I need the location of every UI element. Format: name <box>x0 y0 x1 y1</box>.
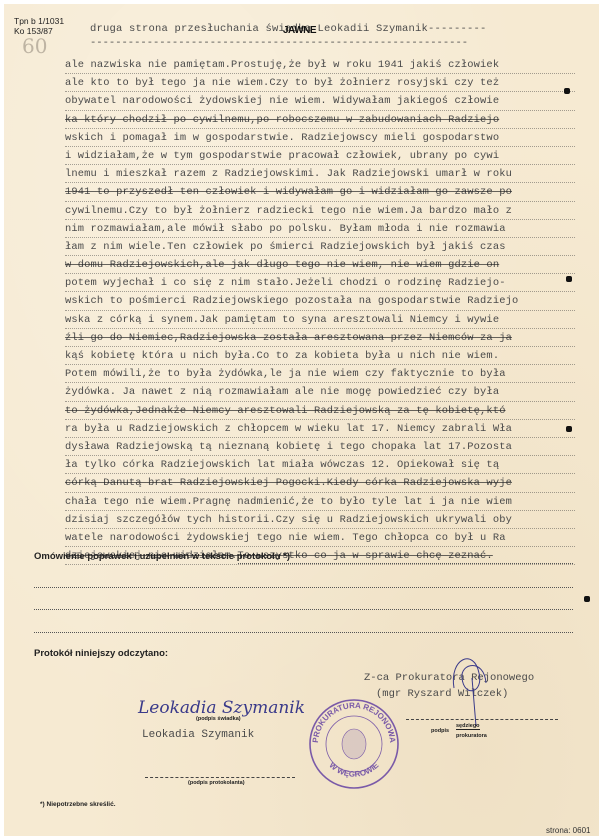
testimony-line: żydówka. Ja nawet z nią rozmawiałam ale … <box>65 383 575 401</box>
prosecutor-signature-scribble <box>444 648 494 728</box>
testimony-line: nim rozmawiałam,ale mówił słabo po polsk… <box>65 220 575 238</box>
prosecutor-signature-line <box>406 719 558 720</box>
read-aloud-label: Protokół niniejszy odczytano: <box>34 648 168 659</box>
testimony-body: ale nazwiska nie pamiętam.Prostuję,że by… <box>65 56 575 565</box>
punch-mark <box>566 426 572 432</box>
testimony-line: Potem mówili,że to była żydówka,le ja ni… <box>65 365 575 383</box>
sign-caption-left: podpis <box>431 728 449 734</box>
testimony-line: ale kto to był tego ja nie wiem.Czy to b… <box>65 74 575 92</box>
classification-stamp: JAWNE <box>283 25 316 36</box>
corrections-line-1 <box>238 563 573 564</box>
punch-mark <box>584 596 590 602</box>
witness-signature-caption: (podpis świadka) <box>196 716 241 722</box>
testimony-line: wska z córką i synem.Jak pamiętam to syn… <box>65 311 575 329</box>
testimony-line: cywilnemu.Czy to był żołnierz radziecki … <box>65 202 575 220</box>
punch-mark <box>564 88 570 94</box>
testimony-line: w domu Radziejowskich,ale jak długo tego… <box>65 256 575 274</box>
official-stamp: PROKURATURA REJONOWA W WĘGROWIE <box>306 692 402 792</box>
reference-line-1: Tpn b 1/1031 <box>14 16 64 26</box>
header-underline: ----------------------------------------… <box>90 37 540 49</box>
sign-caption-prosecutor: prokuratora <box>456 733 487 739</box>
footnote: *) Niepotrzebne skreślić. <box>40 801 116 808</box>
corrections-label: Omówienie poprawek i uzupełnień w tekści… <box>34 551 290 562</box>
recorder-signature-line <box>145 777 295 778</box>
testimony-line: źli go do Niemiec,Radziejowska została a… <box>65 329 575 347</box>
testimony-line: potem wyjechał i co się z nim stało.Jeże… <box>65 274 575 292</box>
testimony-line: ale nazwiska nie pamiętam.Prostuję,że by… <box>65 56 575 74</box>
testimony-line: 1941 to przyszedł ten człowiek i widywał… <box>65 183 575 201</box>
testimony-line: kąś kobietę która u nich była.Co to za k… <box>65 347 575 365</box>
sign-caption-judge: sędziego <box>456 723 480 730</box>
testimony-line: i widziałam,że w tym gospodarstwie praco… <box>65 147 575 165</box>
testimony-line: dysława Radziejowską tą nieznaną kobietę… <box>65 438 575 456</box>
recorder-caption: (podpis protokolanta) <box>188 780 245 786</box>
testimony-line: córką Danutą brat Radziejowskiej Pogocki… <box>65 474 575 492</box>
testimony-line: to żydówka,Jednakże Niemcy aresztowali R… <box>65 402 575 420</box>
corrections-line-3 <box>34 609 573 610</box>
testimony-line: dzisiaj szczegółów tych historii.Czy się… <box>65 511 575 529</box>
witness-signature: Leokadia Szymanik <box>138 698 305 718</box>
witness-typed-name: Leokadia Szymanik <box>142 729 254 741</box>
testimony-line: lnemu i mieszkał razem z Radziejowskimi.… <box>65 165 575 183</box>
svg-text:W WĘGROWIE: W WĘGROWIE <box>327 760 380 779</box>
testimony-line: wskich to pośmierci Radziejowskiego pozo… <box>65 292 575 310</box>
document-page: Tpn b 1/1031 Ko 153/87 60 druga strona p… <box>4 4 599 836</box>
handwritten-margin-mark: 60 <box>22 34 47 58</box>
punch-mark <box>566 276 572 282</box>
corrections-line-4 <box>34 632 573 633</box>
corrections-line-2 <box>34 587 573 588</box>
testimony-line: ra była u Radziejowskich z chłopcem w wi… <box>65 420 575 438</box>
testimony-line: chała tego nie wiem.Pragnę nadmienić,że … <box>65 493 575 511</box>
testimony-line: ka który chodził po cywilnemu,po robocsz… <box>65 111 575 129</box>
testimony-line: wskich i pomagał im w gospodarstwie. Rad… <box>65 129 575 147</box>
reference-numbers: Tpn b 1/1031 Ko 153/87 <box>14 16 64 36</box>
testimony-line: ła tylko córka Radziejowskich lat miała … <box>65 456 575 474</box>
testimony-line: watele narodowości żydowskiej tego nie w… <box>65 529 575 547</box>
testimony-line: łam z nim wiele.Ten człowiek po śmierci … <box>65 238 575 256</box>
page-number: strona: 0601 <box>546 826 590 835</box>
testimony-line: obywatel narodowości żydowskiej nie wiem… <box>65 92 575 110</box>
